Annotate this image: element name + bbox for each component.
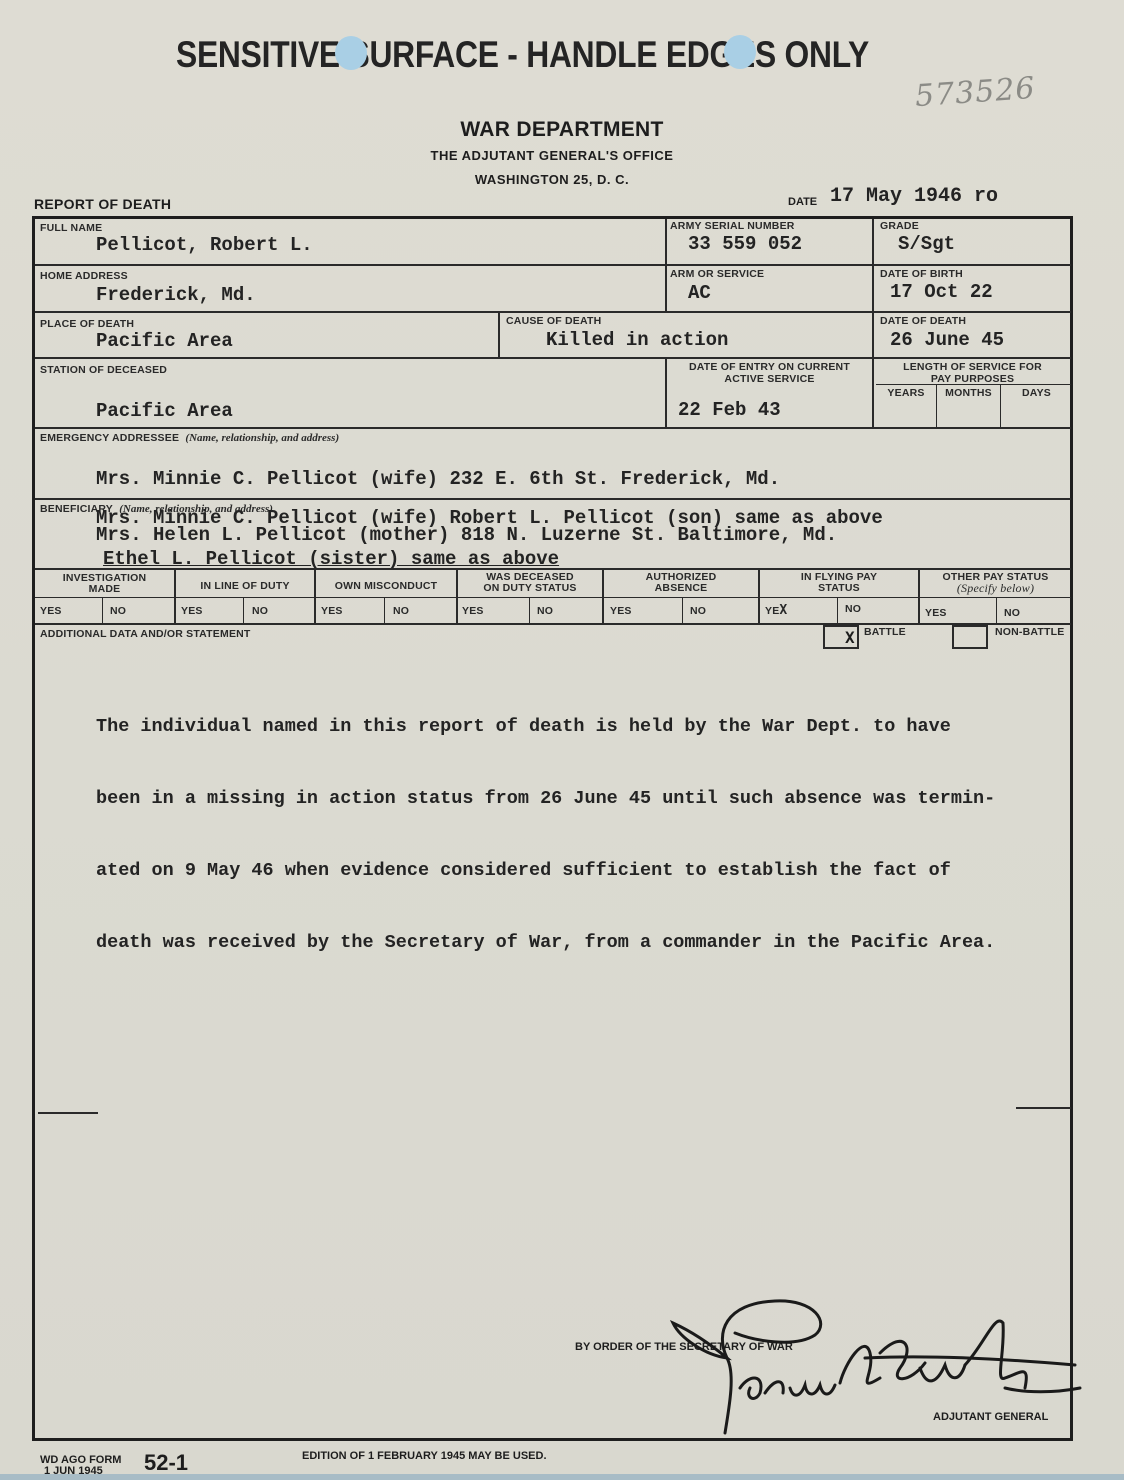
edition-note: EDITION OF 1 FEBRUARY 1945 MAY BE USED. — [302, 1450, 547, 1462]
place-of-death-label: PLACE OF DEATH — [40, 318, 134, 330]
date-of-entry-label-line2: ACTIVE SERVICE — [667, 373, 872, 385]
years-label: YEARS — [876, 387, 936, 399]
place-of-death-value: Pacific Area — [96, 330, 233, 352]
date-of-birth-value: 17 Oct 22 — [890, 281, 993, 303]
on-duty-no[interactable]: NO — [537, 605, 553, 617]
other-pay-yes[interactable]: YES — [925, 607, 947, 619]
investigation-made-header: INVESTIGATION MADE — [35, 573, 174, 595]
rule — [102, 598, 103, 623]
rule — [35, 498, 1071, 500]
rule — [35, 311, 1071, 313]
full-name-value: Pellicot, Robert L. — [96, 234, 313, 256]
punch-hole-left — [335, 36, 367, 70]
on-duty-yes[interactable]: YES — [462, 605, 484, 617]
army-serial-number-value: 33 559 052 — [688, 233, 802, 255]
rule — [872, 219, 874, 428]
rule — [35, 597, 1071, 598]
non-battle-checkbox[interactable] — [952, 625, 988, 649]
cause-of-death-label: CAUSE OF DEATH — [506, 315, 601, 327]
report-title: REPORT OF DEATH — [34, 196, 171, 212]
header-line: MADE — [35, 584, 174, 595]
office-heading: THE ADJUTANT GENERAL'S OFFICE — [0, 148, 1104, 163]
rule — [1000, 384, 1001, 428]
rule — [35, 427, 1071, 429]
emergency-addressee-value: Mrs. Minnie C. Pellicot (wife) 232 E. 6t… — [96, 468, 780, 490]
home-address-label: HOME ADDRESS — [40, 270, 128, 282]
flying-pay-yes[interactable]: YEX — [765, 603, 787, 618]
additional-data-label: ADDITIONAL DATA AND/OR STATEMENT — [40, 628, 251, 640]
battle-check-mark: X — [845, 628, 855, 647]
investigation-yes[interactable]: YES — [40, 605, 62, 617]
station-of-deceased-label: STATION OF DECEASED — [40, 364, 167, 376]
misconduct-no[interactable]: NO — [393, 605, 409, 617]
date-label: DATE — [788, 196, 817, 208]
misconduct-yes[interactable]: YES — [321, 605, 343, 617]
cause-of-death-value: Killed in action — [546, 329, 728, 351]
length-of-service-label-line2: PAY PURPOSES — [874, 373, 1071, 385]
days-label: DAYS — [1002, 387, 1071, 399]
line-of-duty-yes[interactable]: YES — [181, 605, 203, 617]
rule — [174, 570, 176, 623]
emergency-addressee-hint: (Name, relationship, and address) — [185, 432, 339, 444]
fold-mark-right — [1016, 1107, 1071, 1109]
on-duty-status-header: WAS DECEASED ON DUTY STATUS — [458, 572, 602, 594]
date-of-entry-value: 22 Feb 43 — [678, 399, 781, 421]
date-of-birth-label: DATE OF BIRTH — [880, 268, 963, 280]
absence-yes[interactable]: YES — [610, 605, 632, 617]
header-line: (Specify below) — [920, 583, 1071, 594]
length-of-service-label-line1: LENGTH OF SERVICE FOR — [874, 361, 1071, 373]
header-line: ABSENCE — [604, 583, 758, 594]
rule — [384, 598, 385, 623]
grade-value: S/Sgt — [898, 233, 955, 255]
grade-label: GRADE — [880, 220, 919, 232]
report-date: 17 May 1946 ro — [830, 185, 998, 208]
statement-line: The individual named in this report of d… — [96, 715, 1056, 739]
rule — [665, 219, 667, 311]
months-label: MONTHS — [937, 387, 1000, 399]
rule — [996, 598, 997, 623]
army-serial-number-label: ARMY SERIAL NUMBER — [670, 220, 795, 232]
rule — [35, 264, 1071, 266]
other-pay-status-header: OTHER PAY STATUS (Specify below) — [920, 572, 1071, 594]
scan-edge — [0, 1474, 1124, 1480]
arm-or-service-label: ARM OR SERVICE — [670, 268, 764, 280]
rule — [837, 598, 838, 623]
rule — [243, 598, 244, 623]
statement-line: death was received by the Secretary of W… — [96, 931, 1056, 955]
fold-mark-left — [38, 1112, 98, 1114]
beneficiary-line-3: Ethel L. Pellicot (sister) same as above — [103, 551, 559, 567]
authorized-absence-header: AUTHORIZED ABSENCE — [604, 572, 758, 594]
in-line-of-duty-header: IN LINE OF DUTY — [176, 580, 314, 592]
station-of-deceased-value: Pacific Area — [96, 400, 233, 422]
header-line: ON DUTY STATUS — [458, 583, 602, 594]
department-heading: WAR DEPARTMENT — [0, 118, 1124, 142]
statement-line: been in a missing in action status from … — [96, 787, 1056, 811]
absence-no[interactable]: NO — [690, 605, 706, 617]
own-misconduct-header: OWN MISCONDUCT — [316, 580, 456, 592]
investigation-no[interactable]: NO — [110, 605, 126, 617]
line-of-duty-no[interactable]: NO — [252, 605, 268, 617]
header-line: STATUS — [760, 583, 918, 594]
battle-label: BATTLE — [864, 626, 906, 638]
date-of-entry-label-line1: DATE OF ENTRY ON CURRENT — [667, 361, 872, 373]
adjutant-general-title: ADJUTANT GENERAL — [933, 1411, 1048, 1423]
rule — [35, 357, 1071, 359]
rule — [529, 598, 530, 623]
handwritten-file-number: 573526 — [914, 71, 1037, 114]
statement-text: The individual named in this report of d… — [96, 667, 1056, 1003]
emergency-addressee-title: EMERGENCY ADDRESSEE — [40, 432, 179, 444]
date-of-death-value: 26 June 45 — [890, 329, 1004, 351]
rule — [498, 311, 500, 357]
non-battle-label: NON-BATTLE — [995, 626, 1064, 638]
emergency-addressee-label: EMERGENCY ADDRESSEE (Name, relationship,… — [40, 432, 339, 444]
battle-checkbox[interactable]: X — [823, 625, 859, 649]
punch-hole-right — [724, 35, 756, 69]
home-address-value: Frederick, Md. — [96, 284, 256, 306]
rule — [314, 570, 316, 623]
flying-pay-check-mark: X — [779, 603, 787, 618]
rule — [682, 598, 683, 623]
arm-or-service-value: AC — [688, 282, 711, 304]
other-pay-no[interactable]: NO — [1004, 607, 1020, 619]
flying-pay-status-header: IN FLYING PAY STATUS — [760, 572, 918, 594]
form-number: 52-1 — [144, 1450, 188, 1476]
date-of-death-label: DATE OF DEATH — [880, 315, 966, 327]
rule — [35, 623, 1071, 625]
document-page: SENSITIVE SURFACE - HANDLE EDGES ONLY 57… — [0, 0, 1124, 1480]
statement-line: ated on 9 May 46 when evidence considere… — [96, 859, 1056, 883]
flying-pay-no[interactable]: NO — [845, 603, 861, 615]
full-name-label: FULL NAME — [40, 222, 102, 234]
beneficiary-line-2: Mrs. Helen L. Pellicot (mother) 818 N. L… — [96, 527, 837, 543]
